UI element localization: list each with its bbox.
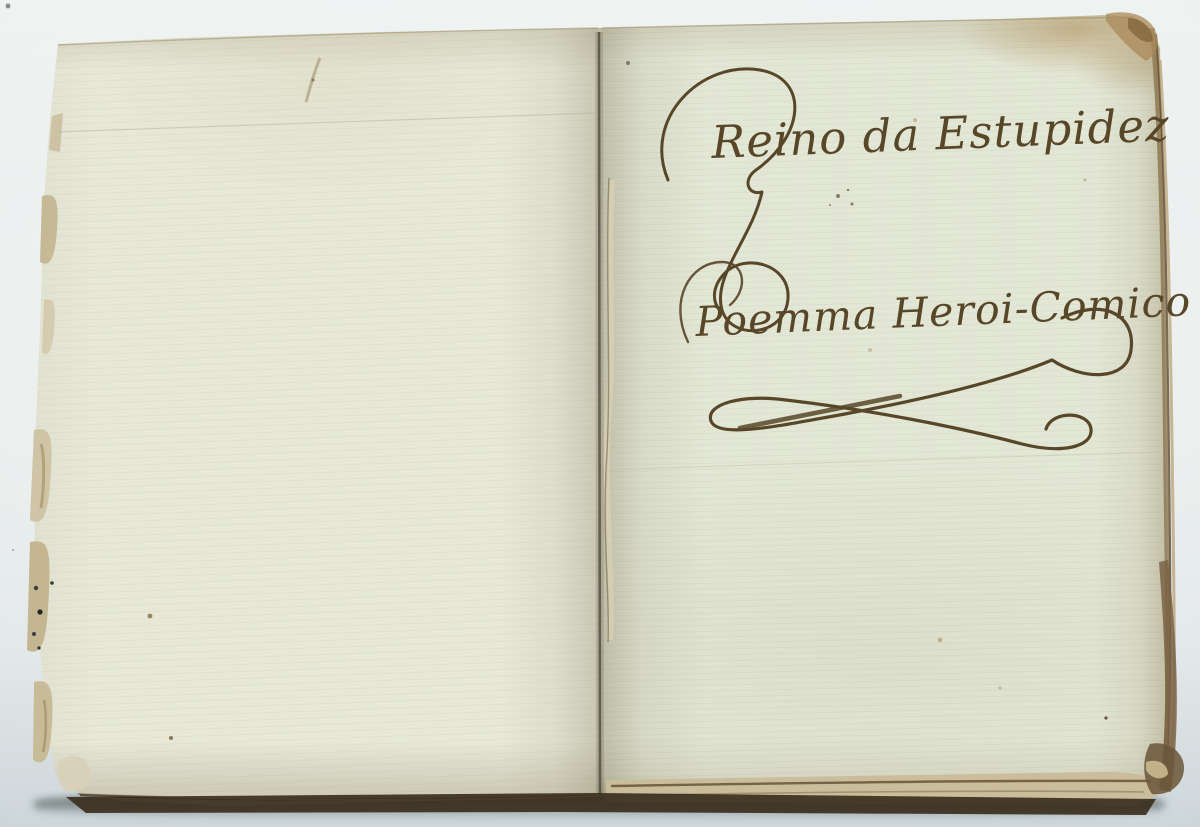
backdrop-specks (6, 4, 15, 552)
left-page-crease (58, 113, 596, 132)
title-line-1: Reino da Estupidez (709, 98, 1170, 169)
book-block-edges (66, 772, 1159, 815)
book-gutter (599, 32, 612, 795)
book-detail-overlay: Reino da Estupidez Poemma Heroi-Comico (0, 0, 1200, 827)
capital-r-flourish (662, 69, 795, 331)
title-line-2: Poemma Heroi-Comico (693, 277, 1192, 346)
torn-page-stubs (27, 113, 91, 792)
photo-background: Reino da Estupidez Poemma Heroi-Comico (0, 0, 1200, 827)
right-page-crease (604, 452, 1164, 470)
ink-spatter (829, 189, 854, 206)
